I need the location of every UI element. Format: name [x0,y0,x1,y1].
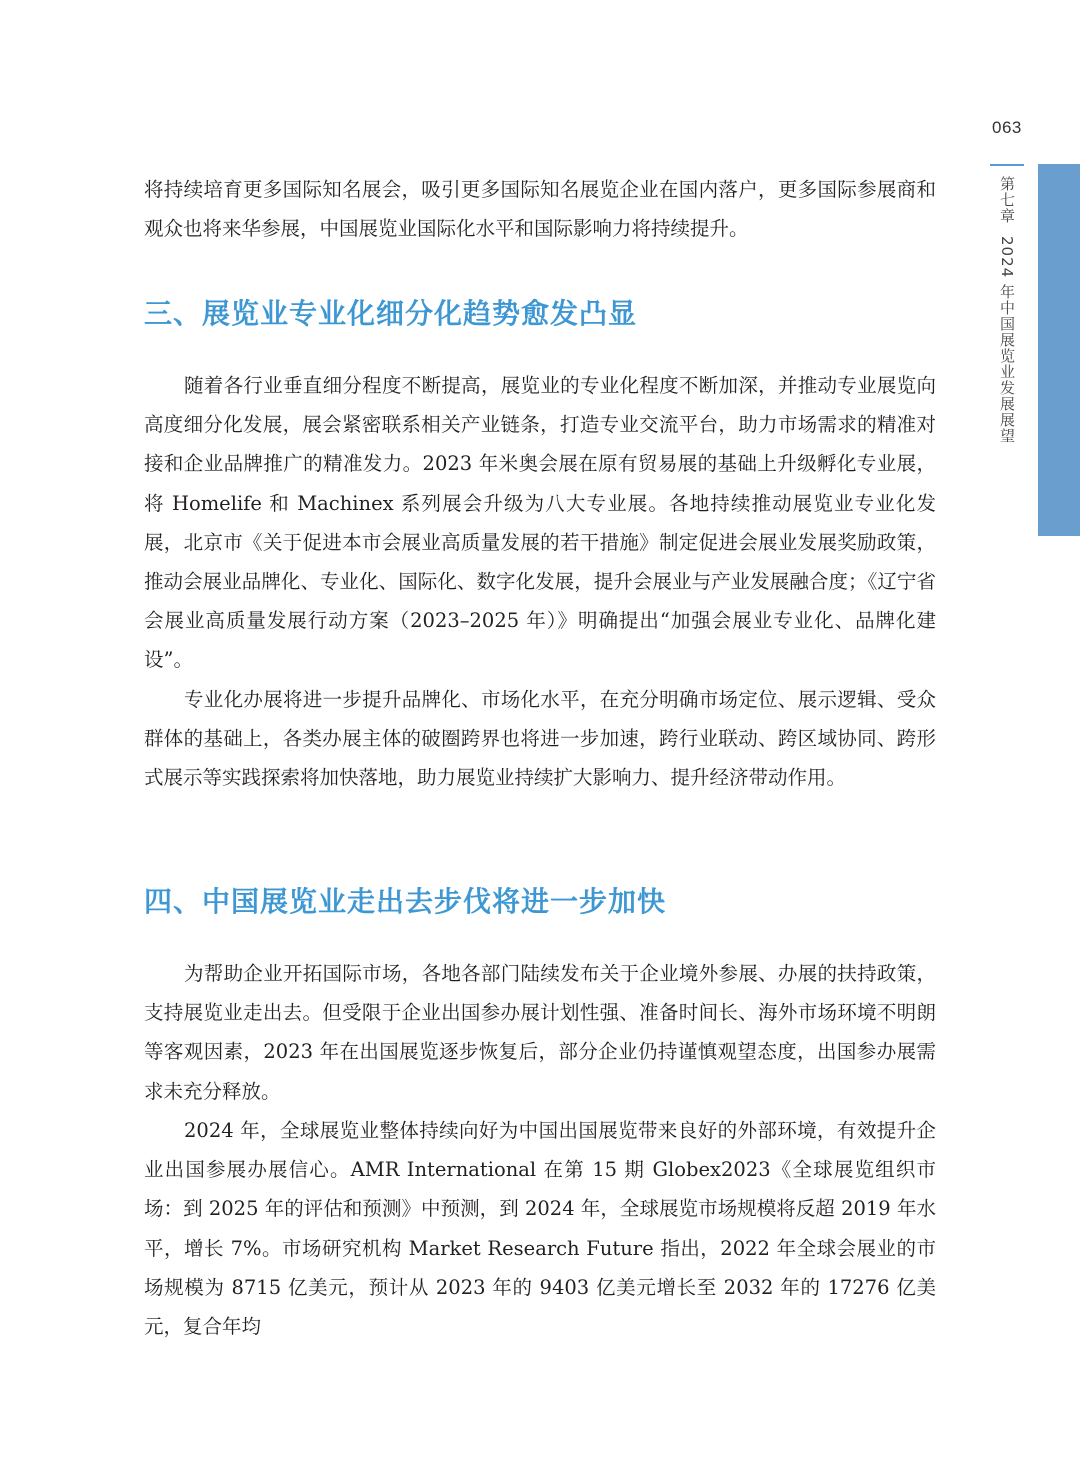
section-3-paragraph-1: 随着各行业垂直细分程度不断提高，展览业的专业化程度不断加深，并推动专业展览向高度… [144,366,936,680]
intro-paragraph: 将持续培育更多国际知名展会，吸引更多国际知名展览企业在国内落户，更多国际参展商和… [144,170,936,248]
chapter-running-header: 第七章2024 年中国展览业发展展望 [996,176,1018,444]
section-4-paragraph-2: 2024 年，全球展览业整体持续向好为中国出国展览带来良好的外部环境，有效提升企… [144,1111,936,1346]
section-heading-3: 三、展览业专业化细分化趋势愈发凸显 [144,294,637,334]
section-3-paragraph-2: 专业化办展将进一步提升品牌化、市场化水平，在充分明确市场定位、展示逻辑、受众群体… [144,680,936,798]
section-heading-4: 四、中国展览业走出去步伐将进一步加快 [144,882,666,922]
section-4-paragraph-1: 为帮助企业开拓国际市场，各地各部门陆续发布关于企业境外参展、办展的扶持政策，支持… [144,954,936,1111]
page-number-divider [990,164,1024,166]
chapter-label: 第七章 [998,176,1016,224]
chapter-title: 2024 年中国展览业发展展望 [998,236,1016,444]
page-number: 063 [992,118,1022,138]
chapter-thumb-tab [1038,164,1080,536]
